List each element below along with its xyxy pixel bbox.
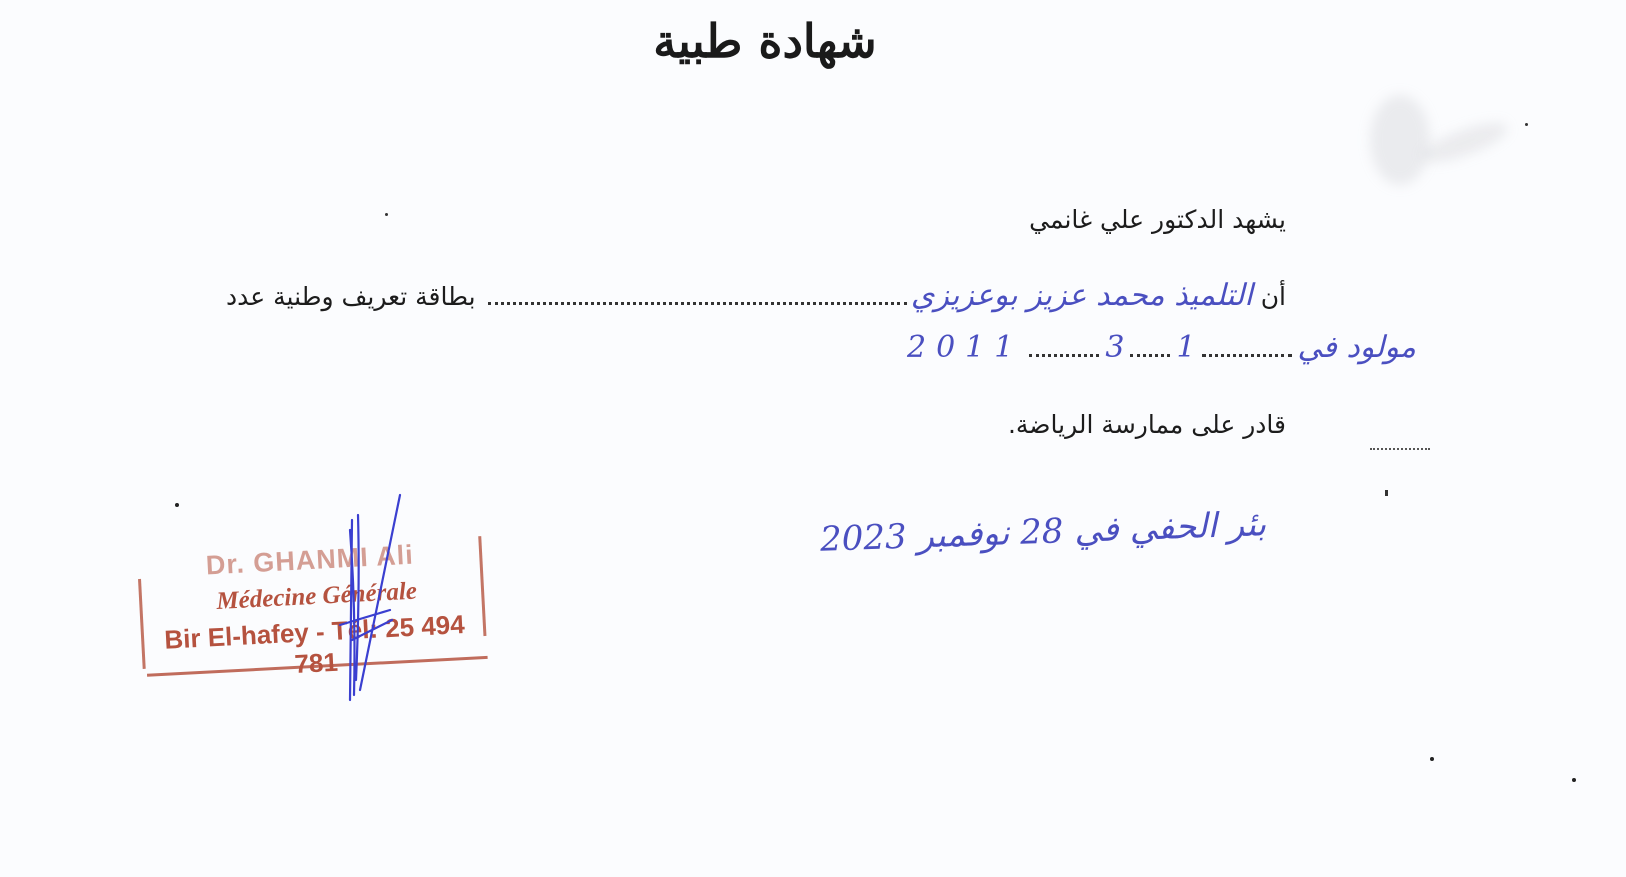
medical-certificate-page: شهادة طبية يشهد الدكتور علي غانمي أن الت… xyxy=(0,0,1626,877)
scan-speck xyxy=(1370,448,1430,452)
id-card-label: بطاقة تعريف وطنية عدد xyxy=(226,282,476,311)
fitness-statement: قادر على ممارسة الرياضة. xyxy=(1008,410,1286,439)
date-year: 2023 xyxy=(819,517,907,560)
dotted-fill-line xyxy=(488,296,907,305)
student-name-field: التلميذ محمد عزيز بوعزيزي xyxy=(484,278,1253,313)
scan-speck xyxy=(1525,123,1528,126)
birth-day: 1 xyxy=(1176,330,1195,365)
student-name-handwritten: التلميذ محمد عزيز بوعزيزي xyxy=(911,278,1253,313)
document-title: شهادة طبية xyxy=(620,14,910,68)
birth-line: مولود في 1 3 2011 xyxy=(907,330,1416,365)
signature-icon xyxy=(330,490,450,710)
scan-speck xyxy=(385,213,388,216)
birth-month: 3 xyxy=(1105,330,1124,365)
dotted-fill-line xyxy=(1202,348,1292,357)
subject-line: أن التلميذ محمد عزيز بوعزيزي بطاقة تعريف… xyxy=(226,278,1286,313)
dotted-fill-line xyxy=(1029,348,1099,357)
scan-speck xyxy=(1572,778,1576,782)
subject-prefix: أن xyxy=(1261,282,1286,311)
stamp-border xyxy=(478,536,486,636)
stamp-border xyxy=(138,579,146,669)
scan-speck xyxy=(1385,490,1388,496)
paper-smudge xyxy=(1370,95,1430,185)
scan-speck xyxy=(175,503,179,507)
place-handwritten: بئر الحفي في xyxy=(1073,504,1266,551)
date-month: نوفمبر xyxy=(917,513,1010,556)
birth-year: 2011 xyxy=(907,330,1023,365)
scan-speck xyxy=(1430,757,1434,761)
doctor-statement: يشهد الدكتور علي غانمي xyxy=(1029,205,1286,234)
date-day: 28 xyxy=(1019,511,1064,552)
paper-smudge xyxy=(1418,115,1511,169)
place-date-line: بئر الحفي في 28 نوفمبر 2023 xyxy=(819,504,1266,560)
dotted-fill-line xyxy=(1130,348,1170,357)
born-on-handwritten: مولود في xyxy=(1298,330,1416,365)
